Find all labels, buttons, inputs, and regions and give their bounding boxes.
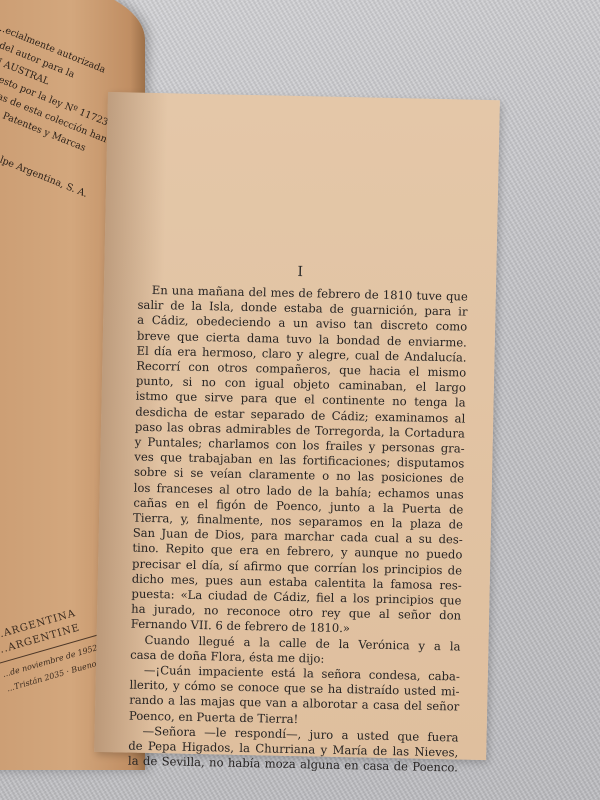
right-page: I En una mañana del mes de febrero de 18… [94, 92, 500, 760]
chapter-number: I [104, 260, 496, 284]
body-text: En una mañana del mes de febrero de 1810… [128, 283, 468, 776]
